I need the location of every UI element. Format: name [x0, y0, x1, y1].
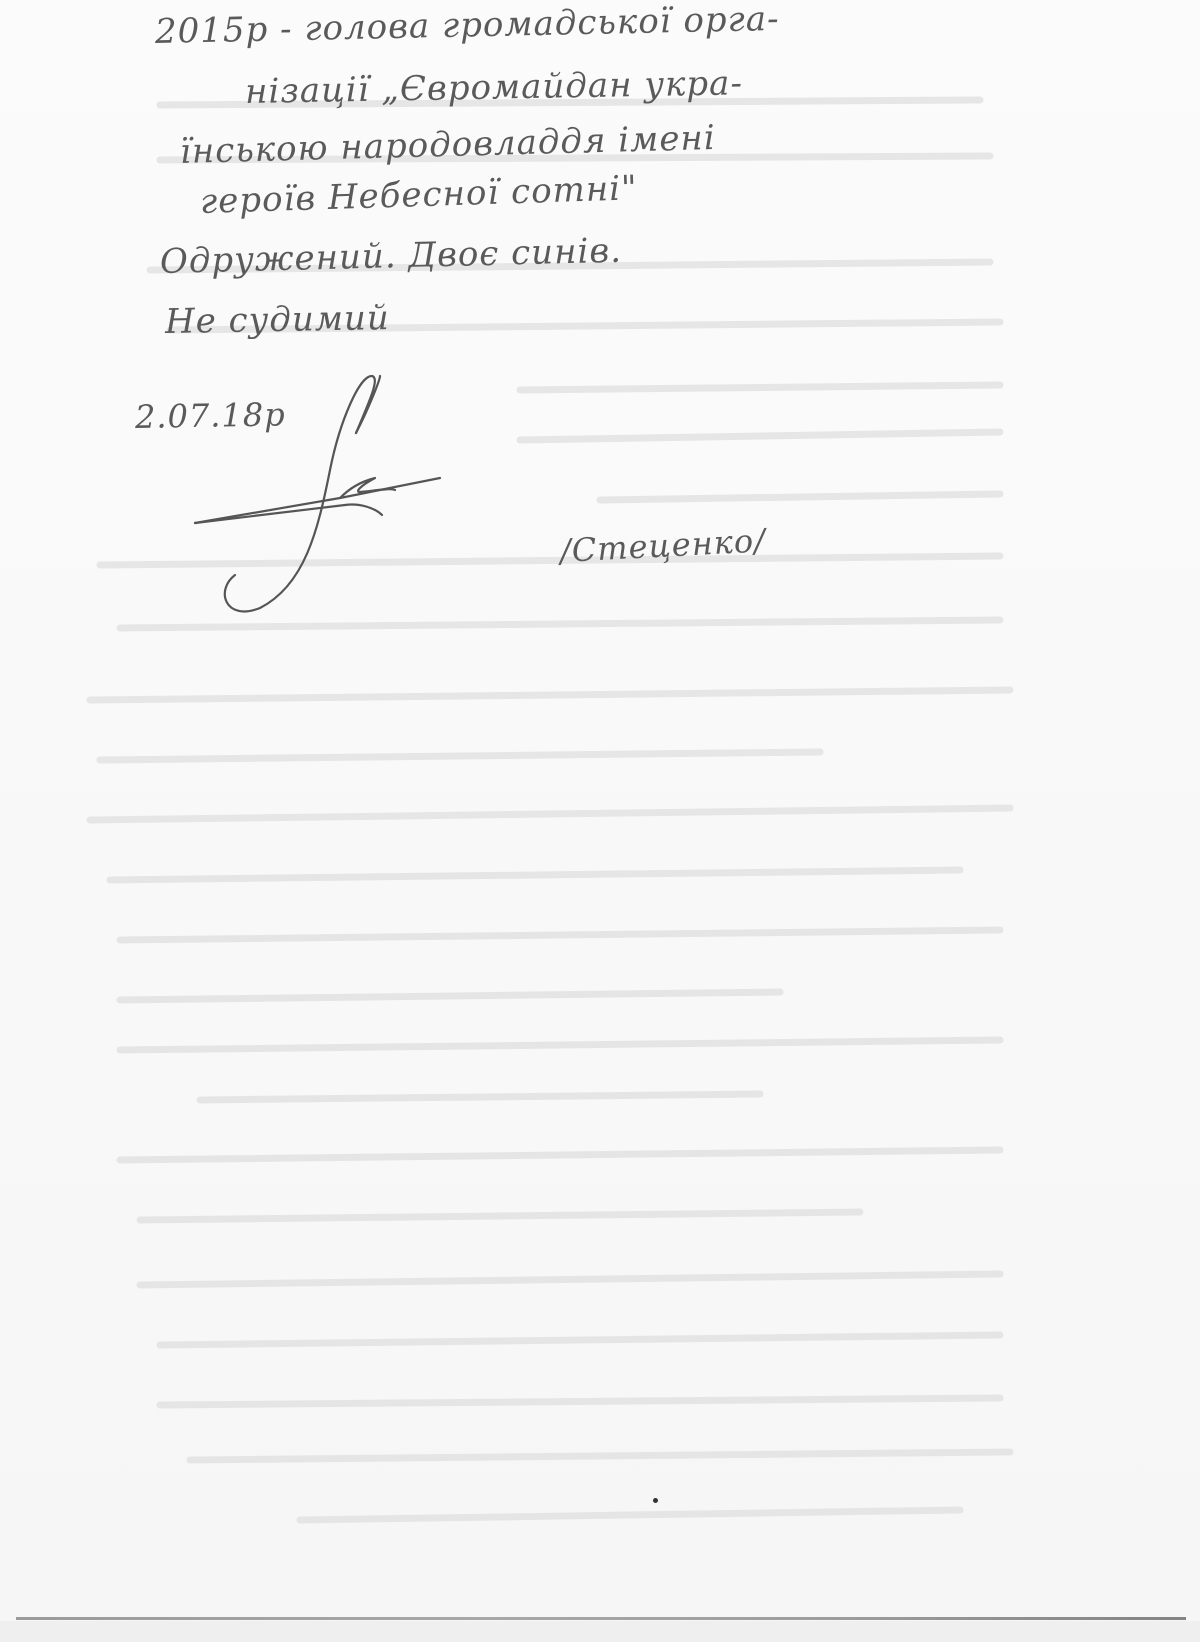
handwritten-date: 2.07.18р — [135, 395, 286, 436]
document-page: 2015р - голова громадської орга- нізації… — [0, 0, 1200, 1642]
handwritten-line-5: Одружений. Двоє синів. — [160, 231, 623, 282]
page-bottom-edge — [16, 1617, 1186, 1620]
handwritten-line-4: героїв Небесної сотні" — [199, 168, 638, 222]
handwritten-line-3: їнською народовладдя імені — [179, 118, 716, 172]
signature-surname: /Стеценко/ — [559, 521, 767, 570]
handwritten-line-2: нізації „Євромайдан укра- — [245, 63, 744, 112]
scan-margin — [0, 1621, 1200, 1642]
stray-ink-dot — [653, 1498, 658, 1503]
handwritten-line-1: 2015р - голова громадської орга- — [155, 0, 780, 52]
handwritten-line-6: Не судимий — [165, 298, 390, 342]
